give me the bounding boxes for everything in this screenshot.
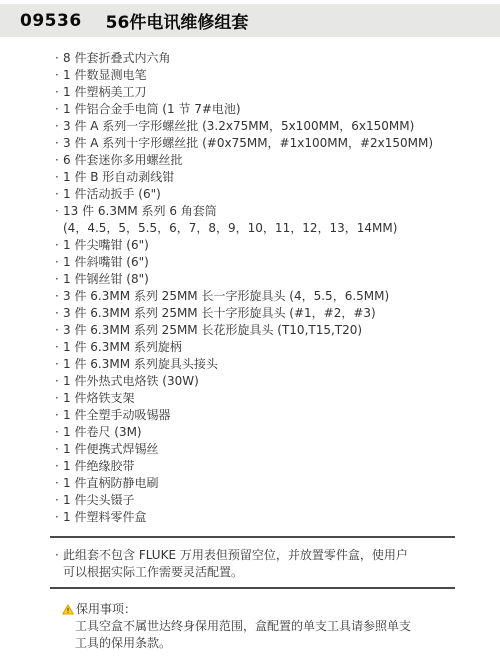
list-item: ·1 件 6.3MM 系列旋柄 — [55, 339, 475, 356]
item-text: 6 件套迷你多用螺丝批 — [63, 152, 182, 169]
bullet-dot: · — [55, 118, 63, 135]
bullet-dot: · — [55, 458, 63, 475]
warranty-block: 保用事项： 工具空盒不属世达终身保用范围，盒配置的单支工具请参照单支 工具的保用… — [62, 601, 472, 652]
divider-rule-top — [50, 536, 455, 538]
item-text: 1 件 6.3MM 系列旋柄 — [63, 339, 182, 356]
item-text: 1 件数显测电笔 — [63, 67, 146, 84]
bullet-dot: · — [55, 101, 63, 118]
item-text: 8 件套折叠式内六角 — [63, 50, 170, 67]
item-text: 3 件 6.3MM 系列 25MM 长十字形旋具头 (#1，#2，#3) — [63, 305, 376, 322]
bullet-dot: · — [55, 390, 63, 407]
list-item: ·1 件 B 形自动剥线钳 — [55, 169, 475, 186]
list-item: ·1 件全塑手动吸锡器 — [55, 407, 475, 424]
bullet-dot: · — [55, 203, 63, 220]
warranty-text-line: 工具的保用条款。 — [75, 635, 472, 652]
item-text: 1 件全塑手动吸锡器 — [63, 407, 170, 424]
list-item: ·1 件钢丝钳 (8") — [55, 271, 475, 288]
item-text: 1 件 B 形自动剥线钳 — [63, 169, 174, 186]
bullet-spacer — [55, 564, 63, 581]
item-text: 1 件外热式电烙铁 (30W) — [63, 373, 199, 390]
bullet-dot: · — [55, 424, 63, 441]
item-text: 1 件塑料零件盒 — [63, 509, 146, 526]
list-item: ·1 件塑料零件盒 — [55, 509, 475, 526]
item-list: ·8 件套折叠式内六角·1 件数显测电笔·1 件塑柄美工刀·1 件铝合金手电筒 … — [55, 50, 475, 526]
item-text: 1 件尖嘴钳 (6") — [63, 237, 149, 254]
item-text: 1 件便携式焊锡丝 — [63, 441, 158, 458]
bullet-dot: · — [55, 322, 63, 339]
bullet-dot: · — [55, 152, 63, 169]
note-line: · 此组套不包含 FLUKE 万用表但预留空位，并放置零件盒，使用户 — [55, 547, 475, 564]
warranty-text-line: 工具空盒不属世达终身保用范围，盒配置的单支工具请参照单支 — [75, 618, 472, 635]
list-item: ·13 件 6.3MM 系列 6 角套筒 — [55, 203, 475, 220]
bullet-dot: · — [55, 339, 63, 356]
note-text: 可以根据实际工作需要灵活配置。 — [63, 564, 243, 581]
item-text: 1 件斜嘴钳 (6") — [63, 254, 149, 271]
list-item: ·1 件活动扳手 (6") — [55, 186, 475, 203]
list-item: ·1 件绝缘胶带 — [55, 458, 475, 475]
list-item: ·1 件直柄防静电刷 — [55, 475, 475, 492]
note-text: 此组套不包含 FLUKE 万用表但预留空位，并放置零件盒，使用户 — [63, 547, 408, 564]
list-item: ·3 件 6.3MM 系列 25MM 长花形旋具头 (T10,T15,T20) — [55, 322, 475, 339]
list-item: ·1 件烙铁支架 — [55, 390, 475, 407]
list-item: ·3 件 6.3MM 系列 25MM 长一字形旋具头 (4，5.5，6.5MM) — [55, 288, 475, 305]
divider-rule-bottom — [50, 587, 455, 589]
note-line-continuation: 可以根据实际工作需要灵活配置。 — [55, 564, 475, 581]
list-item: ·3 件 A 系列一字形螺丝批 (3.2x75MM，5x100MM，6x150M… — [55, 118, 475, 135]
item-text: 1 件铝合金手电筒 (1 节 7#电池) — [63, 101, 241, 118]
catalog-page: 09536 56件电讯维修组套 ·8 件套折叠式内六角·1 件数显测电笔·1 件… — [0, 0, 500, 668]
item-text: 1 件尖头镊子 — [63, 492, 134, 509]
list-item: ·1 件外热式电烙铁 (30W) — [55, 373, 475, 390]
header-band: 09536 56件电讯维修组套 — [0, 4, 500, 37]
item-text: 1 件活动扳手 (6") — [63, 186, 161, 203]
bullet-dot: · — [55, 254, 63, 271]
warning-triangle-icon — [62, 604, 74, 615]
model-number: 09536 — [20, 11, 82, 31]
list-item: ·1 件卷尺 (3M) — [55, 424, 475, 441]
bullet-dot: · — [55, 169, 63, 186]
warranty-title-row: 保用事项： — [62, 601, 472, 618]
bullet-dot: · — [55, 407, 63, 424]
bullet-dot: · — [55, 373, 63, 390]
list-item: ·1 件尖嘴钳 (6") — [55, 237, 475, 254]
item-text: 1 件 6.3MM 系列旋具头接头 — [63, 356, 218, 373]
item-text: 3 件 A 系列十字形螺丝批 (#0x75MM，#1x100MM，#2x150M… — [63, 135, 433, 152]
item-text: 1 件钢丝钳 (8") — [63, 271, 149, 288]
list-item-continuation: (4，4.5，5，5.5，6，7，8，9，10，11，12，13，14MM) — [55, 220, 475, 237]
bullet-dot: · — [55, 186, 63, 203]
bullet-dot: · — [55, 475, 63, 492]
bullet-dot: · — [55, 50, 63, 67]
bullet-dot: · — [55, 237, 63, 254]
warranty-title: 保用事项： — [76, 601, 136, 618]
item-text: 1 件直柄防静电刷 — [63, 475, 158, 492]
list-item: ·1 件铝合金手电筒 (1 节 7#电池) — [55, 101, 475, 118]
list-item: ·3 件 A 系列十字形螺丝批 (#0x75MM，#1x100MM，#2x150… — [55, 135, 475, 152]
bullet-spacer — [55, 220, 63, 237]
item-text: 3 件 A 系列一字形螺丝批 (3.2x75MM，5x100MM，6x150MM… — [63, 118, 414, 135]
bullet-dot: · — [55, 547, 63, 564]
list-item: ·1 件数显测电笔 — [55, 67, 475, 84]
bullet-dot: · — [55, 441, 63, 458]
list-item: ·8 件套折叠式内六角 — [55, 50, 475, 67]
item-text: 1 件烙铁支架 — [63, 390, 134, 407]
list-item: ·3 件 6.3MM 系列 25MM 长十字形旋具头 (#1，#2，#3) — [55, 305, 475, 322]
bullet-dot: · — [55, 288, 63, 305]
list-item: ·1 件尖头镊子 — [55, 492, 475, 509]
item-text: 1 件卷尺 (3M) — [63, 424, 142, 441]
item-text: 1 件绝缘胶带 — [63, 458, 134, 475]
item-text: 3 件 6.3MM 系列 25MM 长花形旋具头 (T10,T15,T20) — [63, 322, 362, 339]
list-item: ·6 件套迷你多用螺丝批 — [55, 152, 475, 169]
note-block: · 此组套不包含 FLUKE 万用表但预留空位，并放置零件盒，使用户 可以根据实… — [55, 547, 475, 581]
list-item: ·1 件塑柄美工刀 — [55, 84, 475, 101]
bullet-dot: · — [55, 135, 63, 152]
bullet-dot: · — [55, 509, 63, 526]
item-text: 3 件 6.3MM 系列 25MM 长一字形旋具头 (4，5.5，6.5MM) — [63, 288, 389, 305]
list-item: ·1 件便携式焊锡丝 — [55, 441, 475, 458]
list-item: ·1 件斜嘴钳 (6") — [55, 254, 475, 271]
item-text: 1 件塑柄美工刀 — [63, 84, 146, 101]
bullet-dot: · — [55, 67, 63, 84]
bullet-dot: · — [55, 356, 63, 373]
list-item: ·1 件 6.3MM 系列旋具头接头 — [55, 356, 475, 373]
bullet-dot: · — [55, 305, 63, 322]
bullet-dot: · — [55, 271, 63, 288]
bullet-dot: · — [55, 492, 63, 509]
bullet-dot: · — [55, 84, 63, 101]
page-title: 56件电讯维修组套 — [106, 8, 249, 33]
item-text: 13 件 6.3MM 系列 6 角套筒 — [63, 203, 217, 220]
item-text: (4，4.5，5，5.5，6，7，8，9，10，11，12，13，14MM) — [63, 220, 397, 237]
